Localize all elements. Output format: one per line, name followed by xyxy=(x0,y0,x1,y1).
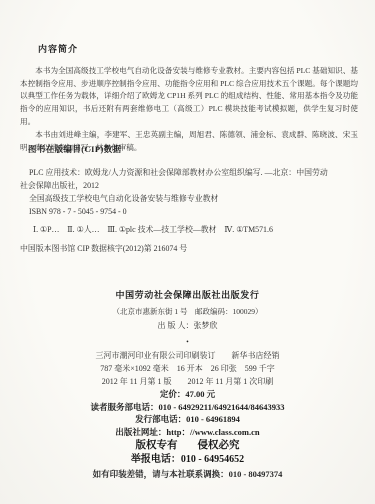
content-summary-section: 内容简介 本书为全国高级技工学校电气自动化设备安装与维修专业教材。主要内容包括 … xyxy=(20,43,358,154)
issuer-line: 出 版 人：张梦欣 xyxy=(0,321,375,330)
content-summary-paragraph: 本书为全国高级技工学校电气自动化设备安装与维修专业教材。主要内容包括 PLC 基… xyxy=(20,65,358,129)
format-line: 787 毫米×1092 毫米 16 开本 26 印张 599 千字 xyxy=(0,364,375,373)
cip-record-number-line: 中国版本图书馆 CIP 数据核字(2012)第 216074 号 xyxy=(20,242,358,255)
cip-heading: 图书在版编目(CIP)数据 xyxy=(28,143,358,156)
edition-line: 2012 年 11 月第 1 版 2012 年 11 月第 1 次印刷 xyxy=(0,377,375,386)
infringement-notice: 侵权必究 xyxy=(198,440,240,452)
cip-classification-line: Ⅰ. ①P… Ⅱ. ①人… Ⅲ. ①plc 技术—技工学校—教材 Ⅳ. ①TM5… xyxy=(20,223,358,236)
content-summary-heading: 内容简介 xyxy=(20,43,358,56)
misprint-exchange-line: 如有印装差错，请与本社联系调换：010 - 80497374 xyxy=(0,469,375,479)
report-phone-line: 举报电话：010 - 64954652 xyxy=(0,454,375,466)
publisher-name: 中国劳动社会保障出版社出版发行 xyxy=(0,290,375,301)
cip-title-wrap-line: 社会保障出版社，2012 xyxy=(20,179,358,192)
distribution-phone-line: 发行部电话：010 - 64961894 xyxy=(0,414,375,424)
printer-distributor-line: 三河市潮河印业有限公司印刷装订 新华书店经销 xyxy=(0,351,375,360)
cip-series-line: 全国高级技工学校电气自动化设备安装与维修专业教材 xyxy=(20,192,358,205)
colophon-section: 中国劳动社会保障出版社出版发行 （北京市惠新东街 1 号 邮政编码：100029… xyxy=(0,290,375,479)
publisher-address: （北京市惠新东街 1 号 邮政编码：100029） xyxy=(0,307,375,316)
isbn-line: ISBN 978 - 7 - 5045 - 9754 - 0 xyxy=(20,205,358,218)
copyright-notice-line: 版权专有 侵权必究 xyxy=(0,440,375,452)
book-copyright-page: 内容简介 本书为全国高级技工学校电气自动化设备安装与维修专业教材。主要内容包括 … xyxy=(0,0,375,504)
cip-data-section: 图书在版编目(CIP)数据 PLC 应用技术：欧姆龙/人力资源和社会保障部教材办… xyxy=(20,143,358,255)
separator-dot: • xyxy=(0,339,375,346)
price-line: 定价：47.00 元 xyxy=(0,389,375,399)
cip-title-line: PLC 应用技术：欧姆龙/人力资源和社会保障部教材办公室组织编写. —北京：中国… xyxy=(20,166,358,179)
publisher-website-line: 出版社网址：http：//www.class.com.cn xyxy=(0,427,375,437)
reader-service-phone-line: 读者服务部电话：010 - 64929211/64921644/84643933 xyxy=(0,402,375,412)
copyright-notice: 版权专有 xyxy=(136,440,178,452)
